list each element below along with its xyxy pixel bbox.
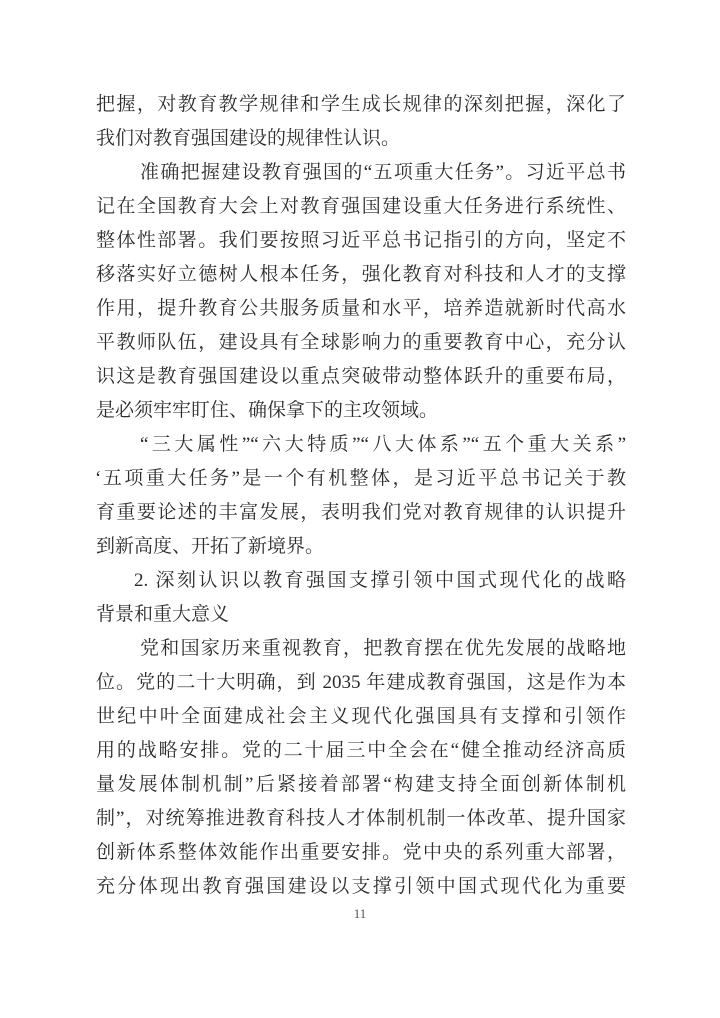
text-line: 是必须牢牢盯住、确保拿下的主攻领域。 [96, 394, 626, 428]
heading-line: 2. 深刻认识以教育强国支撑引领中国式现代化的战略 [96, 564, 626, 598]
text-line: 位。党的二十大明确，到 2035 年建成教育强国，这是作为本 [96, 666, 626, 700]
text-line: 准确把握建设教育强国的“五项重大任务”。习近平总书 [96, 156, 626, 190]
text-line: 党和国家历来重视教育，把教育摆在优先发展的战略地 [96, 632, 626, 666]
text-line: 作用，提升教育公共服务质量和水平，培养造就新时代高水 [96, 292, 626, 326]
text-line: 制”，对统筹推进教育科技人才体制机制一体改革、提升国家 [96, 802, 626, 836]
page-number: 11 [0, 904, 720, 924]
text-line: 育重要论述的丰富发展，表明我们党对教育规律的认识提升 [96, 496, 626, 530]
text-block: 把握，对教育教学规律和学生成长规律的深刻把握，深化了 我们对教育强国建设的规律性… [96, 88, 626, 904]
text-line: “五项重大任务”是一个有机整体，是习近平总书记关于教 [96, 462, 626, 496]
text-line: 识这是教育强国建设以重点突破带动整体跃升的重要布局， [96, 360, 626, 394]
text-line: 把握，对教育教学规律和学生成长规律的深刻把握，深化了 [96, 88, 626, 122]
heading-line: 背景和重大意义 [96, 598, 626, 632]
text-line: 到新高度、开拓了新境界。 [96, 530, 626, 564]
text-line: 充分体现出教育强国建设以支撑引领中国式现代化为重要 [96, 870, 626, 904]
document-page: 把握，对教育教学规律和学生成长规律的深刻把握，深化了 我们对教育强国建设的规律性… [0, 0, 720, 1018]
text-line: 平教师队伍，建设具有全球影响力的重要教育中心，充分认 [96, 326, 626, 360]
text-line: “三大属性”“六大特质”“八大体系”“五个重大关系” [96, 428, 626, 462]
text-line: 记在全国教育大会上对教育强国建设重大任务进行系统性、 [96, 190, 626, 224]
text-line: 我们对教育强国建设的规律性认识。 [96, 122, 626, 156]
text-line: 创新体系整体效能作出重要安排。党中央的系列重大部署， [96, 836, 626, 870]
text-line: 用的战略安排。党的二十届三中全会在“健全推动经济高质 [96, 734, 626, 768]
text-line: 量发展体制机制”后紧接着部署“构建支持全面创新体制机 [96, 768, 626, 802]
text-line: 世纪中叶全面建成社会主义现代化强国具有支撑和引领作 [96, 700, 626, 734]
text-line: 移落实好立德树人根本任务，强化教育对科技和人才的支撑 [96, 258, 626, 292]
text-line: 整体性部署。我们要按照习近平总书记指引的方向，坚定不 [96, 224, 626, 258]
